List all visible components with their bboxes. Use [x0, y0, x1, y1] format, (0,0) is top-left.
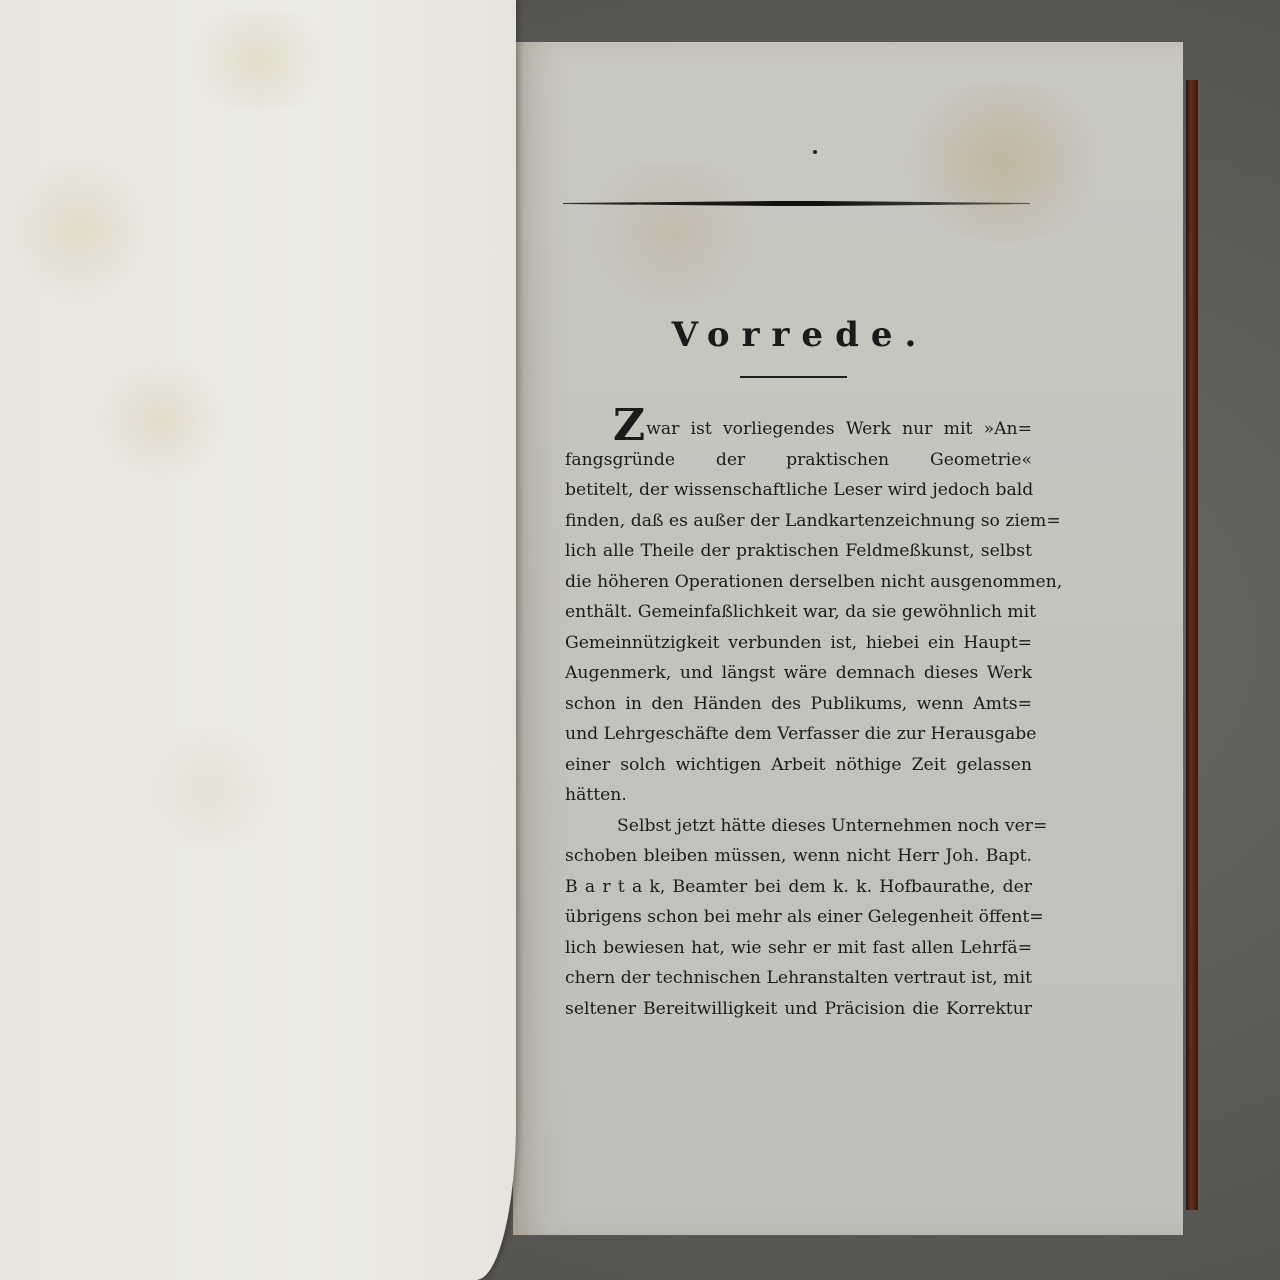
text-line: enthält. Gemeinfaßlichkeit war, da sie g… [565, 597, 1032, 628]
text-line: Gemeinnützigkeit verbunden ist, hiebei e… [565, 628, 1032, 659]
body-text: Zwar ist vorliegendes Werk nur mit »An= … [565, 414, 1032, 1024]
text-line: chern der technischen Lehranstalten vert… [565, 963, 1032, 994]
text-line: Augenmerk, und längst wäre demnach diese… [565, 658, 1032, 689]
text-line: Zwar ist vorliegendes Werk nur mit »An= [565, 414, 1032, 445]
text-line: schoben bleiben müssen, wenn nicht Herr … [565, 841, 1032, 872]
text-line: finden, daß es außer der Landkartenzeich… [565, 506, 1032, 537]
text-line: lich bewiesen hat, wie sehr er mit fast … [565, 933, 1032, 964]
text-line: seltener Bereitwilligkeit und Präcision … [565, 994, 1032, 1025]
foxing-stain [573, 162, 773, 302]
text-line: B a r t a k, Beamter bei dem k. k. Hofba… [565, 872, 1032, 903]
foxing-stain [0, 160, 160, 300]
text-line: schon in den Händen des Publikums, wenn … [565, 689, 1032, 720]
text-line: Selbst jetzt hätte dieses Unternehmen no… [565, 811, 1032, 842]
foxing-stain [180, 10, 340, 110]
page-title: Vorrede. [540, 315, 1060, 355]
text-line: fangsgründe der praktischen Geometrie« [565, 445, 1032, 476]
foxing-stain [130, 730, 290, 850]
text-line: und Lehrgeschäfte dem Verfasser die zur … [565, 719, 1032, 750]
text-line: betitelt, der wissenschaftliche Leser wi… [565, 475, 1032, 506]
foxing-stain [90, 360, 230, 480]
text-line: hätten. [565, 780, 1032, 811]
title-underline [740, 376, 847, 378]
drop-cap: Z [613, 400, 645, 451]
text-line: übrigens schon bei mehr als einer Gelege… [565, 902, 1032, 933]
left-page-blank-leaf [0, 0, 516, 1280]
text-line: lich alle Theile der praktischen Feldmeß… [565, 536, 1032, 567]
book-edge-red [1186, 80, 1198, 1210]
text-line: die höheren Operationen derselben nicht … [565, 567, 1032, 598]
page-mark [813, 150, 817, 154]
text-line: einer solch wichtigen Arbeit nöthige Zei… [565, 750, 1032, 781]
foxing-stain [893, 82, 1113, 242]
